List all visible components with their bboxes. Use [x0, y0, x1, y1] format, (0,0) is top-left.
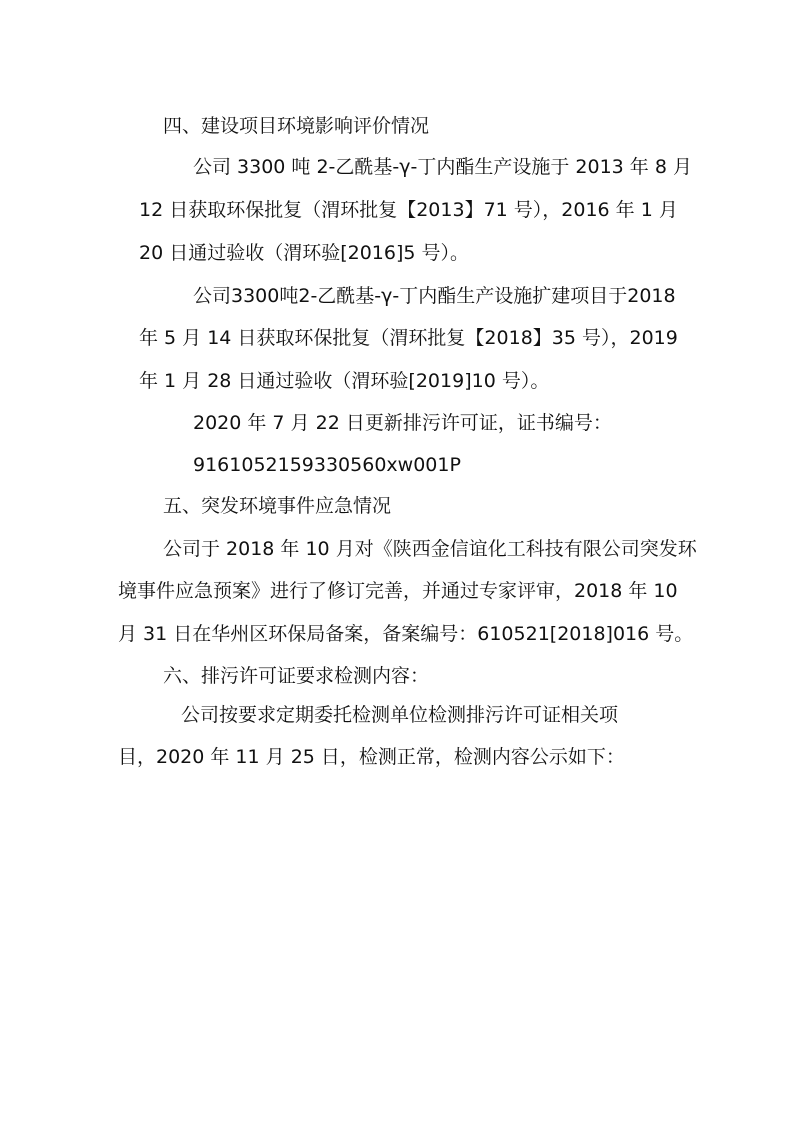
section-6-heading: 六、排污许可证要求检测内容： — [163, 664, 429, 688]
section-4-para-2-line-3: 年 1 月 28 日通过验收（渭环验[2019]10 号）。 — [139, 369, 549, 393]
section-5-para-line-2: 境事件应急预案》进行了修订完善，并通过专家评审，2018 年 10 — [118, 579, 678, 603]
section-5-para-line-1: 公司于 2018 年 10 月对《陕西金信谊化工科技有限公司突发环 — [163, 537, 697, 561]
section-4-heading: 四、建设项目环境影响评价情况 — [163, 114, 429, 138]
section-5-heading: 五、突发环境事件应急情况 — [163, 494, 391, 518]
section-4-para-1-line-2: 12 日获取环保批复（渭环批复【2013】71 号），2016 年 1 月 — [139, 198, 678, 222]
section-6-para-line-2: 目，2020 年 11 月 25 日，检测正常，检测内容公示如下： — [118, 745, 625, 769]
permit-update-text: 2020 年 7 月 22 日更新排污许可证，证书编号： — [193, 411, 612, 435]
section-4-para-2-line-1: 公司3300吨2-乙酰基-γ-丁内酯生产设施扩建项目于2018 — [193, 284, 676, 308]
permit-number: 9161052159330560xw001P — [193, 453, 461, 477]
section-4-para-2-line-2: 年 5 月 14 日获取环保批复（渭环批复【2018】35 号），2019 — [139, 326, 678, 350]
section-6-para-line-1: 公司按要求定期委托检测单位检测排污许可证相关项 — [181, 703, 618, 727]
section-4-para-1-line-3: 20 日通过验收（渭环验[2016]5 号）。 — [139, 241, 469, 265]
section-5-para-line-3: 月 31 日在华州区环保局备案，备案编号：610521[2018]016 号。 — [118, 622, 693, 646]
section-4-para-1-line-1: 公司 3300 吨 2-乙酰基-γ-丁内酯生产设施于 2013 年 8 月 — [193, 155, 692, 179]
